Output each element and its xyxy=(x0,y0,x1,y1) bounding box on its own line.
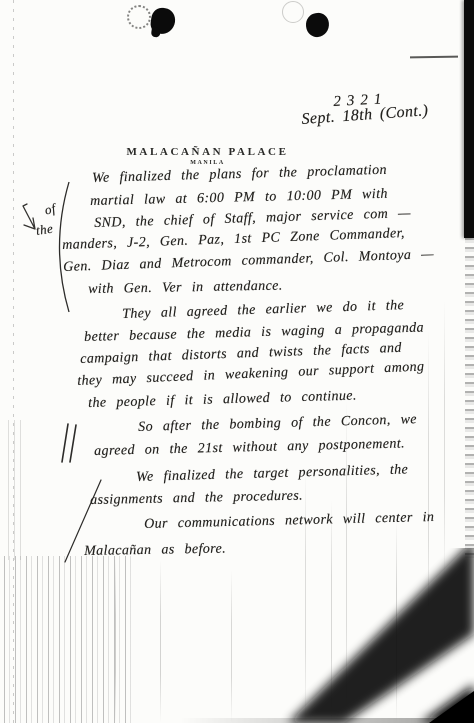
diary-line: martial law at 6:00 PM to 10:00 PM with xyxy=(90,187,388,210)
page-curl-shadow xyxy=(274,548,474,723)
scan-line-artifact xyxy=(410,56,458,59)
diary-line: agreed on the 21st without any postponem… xyxy=(94,436,405,460)
diary-line: We finalized the plans for the proclamat… xyxy=(92,163,387,187)
scan-streaks xyxy=(4,556,132,723)
letterhead: MALACAÑAN PALACE MANILA xyxy=(120,146,295,166)
stamp-ring-icon xyxy=(127,5,151,29)
diary-line: So after the bombing of the Concon, we xyxy=(138,412,417,436)
scan-streaks xyxy=(8,420,26,560)
scanned-diary-page: 2321 Sept. 18th (Cont.) MALACAÑAN PALACE… xyxy=(0,0,474,723)
scan-streak xyxy=(160,560,161,723)
diary-line: We finalized the target personalities, t… xyxy=(136,462,408,486)
letterhead-title: MALACAÑAN PALACE xyxy=(120,146,295,158)
insertion-arrow-mark xyxy=(18,202,42,238)
double-bar-mark xyxy=(58,422,78,464)
scan-streak xyxy=(444,300,445,580)
scan-streak xyxy=(231,570,232,723)
diary-line: assignments and the procedures. xyxy=(90,489,303,509)
diary-line: the people if it is allowed to continue. xyxy=(88,388,357,411)
diary-line: with Gen. Ver in attendance. xyxy=(88,279,283,298)
scan-edge-strip xyxy=(464,0,474,238)
faint-ring-icon xyxy=(282,1,304,23)
diary-line: Our communications network will center i… xyxy=(144,510,435,533)
diary-line: They all agreed the earlier we do it the xyxy=(122,298,404,323)
diary-line: Malacañan as before. xyxy=(84,542,226,560)
scan-edge-speckle xyxy=(465,238,474,560)
scan-streak xyxy=(115,556,116,723)
date-line: Sept. 18th (Cont.) xyxy=(301,102,429,129)
ink-blot-icon xyxy=(305,12,330,38)
ink-blot-icon xyxy=(149,6,176,35)
